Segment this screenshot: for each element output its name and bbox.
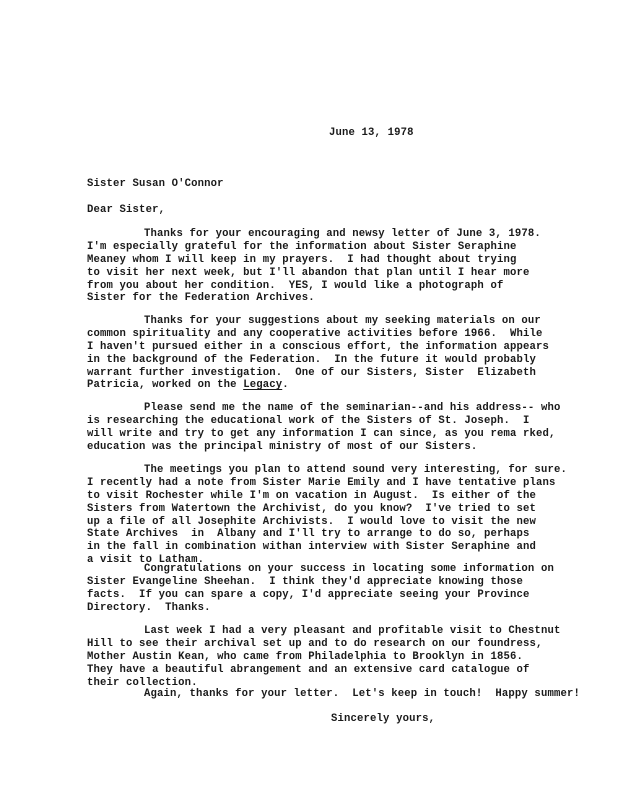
text-line: Patricia, worked on the Legacy.: [87, 379, 607, 392]
text-line: common spirituality and any cooperative …: [87, 328, 607, 341]
closing-signoff: Sincerely yours,: [331, 713, 435, 725]
paragraph-farewell: Again, thanks for your letter. Let's kee…: [87, 688, 607, 701]
text-line: up a file of all Josephite Archivists. I…: [87, 516, 607, 529]
text-line: education was the principal ministry of …: [87, 441, 607, 454]
text-line: Sisters from Watertown the Archivist, do…: [87, 503, 607, 516]
recipient-name: Sister Susan O'Connor: [87, 178, 224, 190]
text-line: Last week I had a very pleasant and prof…: [87, 625, 607, 638]
text-line: facts. If you can spare a copy, I'd appr…: [87, 589, 607, 602]
paragraph-congratulations: Congratulations on your success in locat…: [87, 563, 607, 615]
text-line: in the background of the Federation. In …: [87, 354, 607, 367]
text-line: Hill to see their archival set up and to…: [87, 638, 607, 651]
text-line: They have a beautiful abrangement and an…: [87, 664, 607, 677]
text-line: in the fall in combination withan interv…: [87, 541, 607, 554]
paragraph-thanks: Thanks for your encouraging and newsy le…: [87, 228, 607, 305]
text-line: Meaney whom I will keep in my prayers. I…: [87, 254, 607, 267]
text-line: from you about her condition. YES, I wou…: [87, 280, 607, 293]
text-line: to visit Rochester while I'm on vacation…: [87, 490, 607, 503]
text-line: Thanks for your encouraging and newsy le…: [87, 228, 607, 241]
text-line: Thanks for your suggestions about my see…: [87, 315, 607, 328]
text-line: I haven't pursued either in a conscious …: [87, 341, 607, 354]
text-line: Congratulations on your success in locat…: [87, 563, 607, 576]
text-segment: Patricia, worked on the: [87, 379, 243, 391]
text-line: Sister for the Federation Archives.: [87, 292, 607, 305]
text-line: Directory. Thanks.: [87, 602, 607, 615]
text-line: The meetings you plan to attend sound ve…: [87, 464, 607, 477]
text-segment: .: [282, 379, 289, 391]
text-line: Sister Evangeline Sheehan. I think they'…: [87, 576, 607, 589]
paragraph-visit: Last week I had a very pleasant and prof…: [87, 625, 607, 689]
letter-page: June 13, 1978 Sister Susan O'Connor Dear…: [0, 0, 621, 800]
salutation: Dear Sister,: [87, 204, 165, 216]
text-line: Please send me the name of the seminaria…: [87, 402, 607, 415]
text-line: I recently had a note from Sister Marie …: [87, 477, 607, 490]
text-line: Mother Austin Kean, who came from Philad…: [87, 651, 607, 664]
text-line: will write and try to get any informatio…: [87, 428, 607, 441]
underlined-title-legacy: Legacy: [243, 379, 282, 391]
text-line: to visit her next week, but I'll abandon…: [87, 267, 607, 280]
paragraph-meetings: The meetings you plan to attend sound ve…: [87, 464, 607, 567]
text-line: I'm especially grateful for the informat…: [87, 241, 607, 254]
paragraph-seminarian: Please send me the name of the seminaria…: [87, 402, 607, 454]
letter-date: June 13, 1978: [329, 127, 414, 139]
text-line: Again, thanks for your letter. Let's kee…: [87, 688, 607, 701]
text-line: State Archives in Albany and I'll try to…: [87, 528, 607, 541]
paragraph-suggestions: Thanks for your suggestions about my see…: [87, 315, 607, 392]
text-line: is researching the educational work of t…: [87, 415, 607, 428]
text-line: warrant further investigation. One of ou…: [87, 367, 607, 380]
